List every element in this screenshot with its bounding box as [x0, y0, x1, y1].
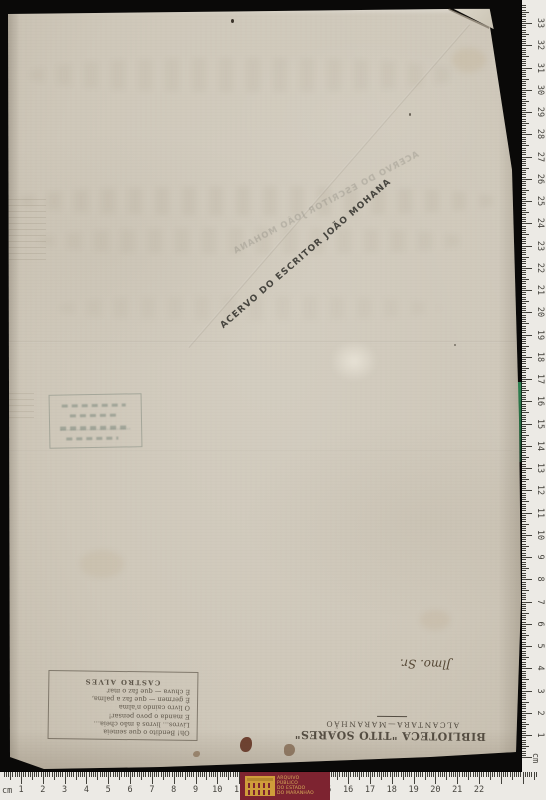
ruler-number: 8: [533, 571, 545, 587]
ruler-tick: [522, 94, 526, 95]
ruler-tick: [522, 163, 526, 164]
ruler-tick: [45, 772, 46, 777]
ruler-tick: [522, 444, 526, 445]
ruler-tick: [522, 241, 526, 242]
ruler-tick: [522, 626, 526, 627]
ruler-tick: [165, 772, 166, 777]
ruler-tick: [522, 179, 532, 180]
ruler-tick: [522, 41, 526, 42]
ruler-tick: [477, 772, 478, 777]
ruler-tick: [522, 43, 526, 44]
ruler-tick: [522, 590, 529, 591]
ruler-tick: [522, 194, 526, 195]
ruler-tick: [522, 257, 529, 258]
ruler-tick: [522, 566, 526, 567]
ruler-tick: [520, 772, 521, 777]
ruler-tick: [392, 772, 393, 784]
ruler-tick: [522, 731, 526, 732]
ruler-number: 18: [533, 349, 545, 365]
ruler-tick: [522, 319, 526, 320]
ruler-tick: [115, 772, 116, 777]
ruler-number: 4: [533, 660, 545, 676]
ruler-tick: [522, 228, 526, 229]
ruler-tick: [429, 772, 430, 777]
ruler-tick: [522, 139, 526, 140]
ruler-number: 13: [533, 460, 545, 476]
ruler-tick: [522, 671, 526, 672]
ruler-tick: [366, 772, 367, 777]
ruler-tick: [522, 637, 526, 638]
ruler-number: 21: [533, 282, 545, 298]
ruler-tick: [86, 772, 87, 784]
ruler-number: 10: [533, 527, 545, 543]
ruler-tick: [128, 772, 129, 777]
ruler-tick: [522, 372, 526, 373]
ruler-tick: [466, 772, 467, 777]
ruler-tick: [361, 772, 362, 777]
ruler-tick: [522, 562, 526, 563]
ruler-tick: [522, 297, 526, 298]
ruler-tick: [233, 772, 234, 777]
ruler-number: 18: [384, 785, 400, 795]
ruler-tick: [522, 506, 526, 507]
ruler-tick: [357, 772, 358, 777]
ruler-tick: [344, 772, 345, 777]
ruler-tick: [148, 772, 149, 777]
ruler-tick: [522, 557, 532, 558]
ruler-tick: [522, 751, 526, 752]
ruler-number: 30: [533, 82, 545, 98]
ruler-tick: [522, 728, 526, 729]
ruler-tick: [522, 737, 526, 738]
ruler-tick: [522, 279, 529, 280]
ruler-tick: [237, 772, 238, 777]
ruler-tick: [130, 772, 131, 784]
ruler-tick: [527, 772, 528, 777]
ruler-tick: [169, 772, 170, 777]
ruler-tick: [348, 772, 349, 784]
ruler-tick: [440, 772, 441, 777]
ruler-tick: [187, 772, 188, 777]
poem-attribution: CASTRO ALVES: [54, 676, 190, 687]
ruler-tick: [522, 642, 526, 643]
ruler-tick: [82, 772, 83, 777]
ruler-tick: [38, 772, 39, 777]
ruler-tick: [522, 555, 526, 556]
ruler-tick: [486, 772, 487, 777]
ruler-tick: [522, 19, 526, 20]
ruler-tick: [407, 772, 408, 777]
ruler-tick: [522, 461, 526, 462]
ruler-tick: [222, 772, 223, 777]
ruler-tick: [522, 455, 526, 456]
ruler-tick: [522, 359, 526, 360]
ruler-tick: [522, 568, 529, 569]
ruler-tick: [425, 772, 426, 780]
ruler-tick: [172, 772, 173, 777]
ruler-tick: [522, 439, 526, 440]
ruler-tick: [522, 383, 526, 384]
ruler-tick: [522, 292, 526, 293]
ruler-tick: [235, 772, 236, 777]
ruler-tick: [522, 254, 526, 255]
ruler-tick: [522, 27, 526, 28]
ruler-tick: [403, 772, 404, 780]
ruler-tick: [522, 341, 526, 342]
ruler-number: 19: [406, 785, 422, 795]
ruler-tick: [503, 772, 504, 777]
ruler-tick: [522, 399, 526, 400]
ruler-number: 17: [533, 371, 545, 387]
ruler-tick: [178, 772, 179, 777]
ruler-tick: [36, 772, 37, 777]
ruler-tick: [522, 74, 526, 75]
ruler-tick: [522, 573, 526, 574]
ruler-tick: [464, 772, 465, 777]
ruler-tick: [522, 221, 526, 222]
ruler-tick: [418, 772, 419, 777]
ruler-tick: [522, 36, 526, 37]
ruler-tick: [522, 112, 532, 113]
ruler-tick: [522, 143, 526, 144]
ruler-tick: [522, 501, 529, 502]
ruler-tick: [333, 772, 334, 777]
ruler-tick: [522, 123, 529, 124]
ruler-tick: [202, 772, 203, 777]
ruler-tick: [522, 79, 529, 80]
ruler-tick: [522, 588, 526, 589]
ruler-tick: [522, 252, 526, 253]
speck: [231, 19, 234, 23]
ruler-tick: [124, 772, 125, 777]
ruler-number: 17: [362, 785, 378, 795]
ruler-tick: [522, 613, 529, 614]
ruler-tick: [522, 553, 526, 554]
ruler-tick: [522, 715, 526, 716]
ruler-tick: [163, 772, 164, 780]
ruler-tick: [132, 772, 133, 777]
ruler-tick: [462, 772, 463, 777]
ruler-tick: [374, 772, 375, 777]
ruler-tick: [104, 772, 105, 777]
ruler-tick: [185, 772, 186, 780]
ruler-tick: [522, 303, 526, 304]
ruler-number: 11: [533, 505, 545, 521]
ruler-tick: [106, 772, 107, 777]
ruler-tick: [522, 497, 526, 498]
ruler-tick: [522, 388, 526, 389]
ruler-tick: [143, 772, 144, 777]
ruler-number: 23: [533, 238, 545, 254]
ruler-tick: [455, 772, 456, 777]
paper-edge-highlight: [8, 9, 490, 15]
ruler-tick: [522, 379, 532, 380]
ruler-tick: [196, 772, 197, 784]
ruler-tick: [522, 412, 529, 413]
ruler-tick: [522, 521, 526, 522]
ruler-tick: [522, 510, 526, 511]
ruler-tick: [522, 85, 526, 86]
ruler-number: 1: [13, 785, 29, 795]
ruler-tick: [522, 101, 529, 102]
ruler-tick: [459, 772, 460, 777]
ruler-tick: [522, 426, 526, 427]
ruler-tick: [67, 772, 68, 777]
ruler-tick: [198, 772, 199, 777]
ruler-tick: [522, 662, 526, 663]
ruler-tick: [522, 466, 526, 467]
ruler-tick: [119, 772, 120, 780]
ruler-tick: [522, 361, 526, 362]
ruler-tick: [522, 199, 526, 200]
ruler-tick: [522, 686, 526, 687]
ruler-tick: [522, 708, 526, 709]
ruler-tick: [522, 544, 526, 545]
ruler-tick: [522, 14, 526, 15]
ruler-tick: [522, 5, 526, 6]
ruler-tick: [405, 772, 406, 777]
ruler-tick: [522, 706, 526, 707]
ruler-tick: [522, 488, 526, 489]
ruler-tick: [433, 772, 434, 777]
ruler-tick: [522, 644, 526, 645]
ruler-tick: [522, 653, 526, 654]
ruler-tick: [512, 772, 513, 780]
ruler-tick: [522, 208, 526, 209]
ruler-tick: [522, 39, 526, 40]
ruler-tick: [522, 470, 526, 471]
ruler-tick: [522, 513, 532, 514]
ruler-tick: [522, 597, 526, 598]
ruler-tick: [522, 76, 526, 77]
ruler-tick: [522, 30, 526, 31]
ruler-tick: [522, 655, 526, 656]
ruler-tick: [522, 274, 526, 275]
ruler-tick: [522, 134, 532, 135]
ruler-number: 27: [533, 149, 545, 165]
ruler-tick: [510, 772, 511, 777]
badge-text: ARQUIVO PÚBLICO DO ESTADO DO MARANHÃO: [277, 776, 330, 796]
ruler-tick: [522, 430, 526, 431]
ruler-tick: [522, 266, 526, 267]
ruler-tick: [522, 748, 526, 749]
ruler-tick: [522, 593, 526, 594]
ruler-number: 25: [533, 193, 545, 209]
ruler-tick: [100, 772, 101, 777]
ruler-tick: [522, 504, 526, 505]
ruler-number: 28: [533, 126, 545, 142]
ruler-tick: [522, 132, 526, 133]
ruler-tick: [522, 659, 526, 660]
ruler-tick: [522, 586, 526, 587]
ruler-number: 21: [449, 785, 465, 795]
ruler-tick: [522, 755, 526, 756]
ruler-tick: [522, 61, 526, 62]
ruler-tick: [522, 677, 526, 678]
ruler-tick: [25, 772, 26, 777]
ruler-tick: [522, 577, 526, 578]
ruler-tick: [522, 54, 526, 55]
ruler-tick: [156, 772, 157, 777]
ruler-tick: [522, 679, 529, 680]
ruler-tick: [95, 772, 96, 777]
ruler-tick: [522, 81, 526, 82]
ruler-tick: [522, 424, 532, 425]
ruler-tick: [522, 321, 526, 322]
ruler-tick: [473, 772, 474, 777]
ruler-tick: [522, 602, 532, 603]
ruler-tick: [522, 608, 526, 609]
ruler-tick: [522, 582, 526, 583]
ruler-tick: [522, 283, 526, 284]
ruler-tick: [12, 772, 13, 777]
ruler-tick: [522, 397, 526, 398]
ruler-number: 3: [57, 785, 73, 795]
ruler-tick: [475, 772, 476, 777]
ruler-tick: [522, 96, 526, 97]
ruler-tick: [522, 246, 532, 247]
ruler-tick: [522, 212, 529, 213]
ruler-tick: [522, 564, 526, 565]
faint-stamp-line: [60, 425, 130, 430]
ruler-tick: [522, 617, 526, 618]
ruler-tick: [522, 742, 526, 743]
ruler-tick: [522, 524, 529, 525]
ruler-tick: [217, 772, 218, 784]
ruler-tick: [522, 377, 526, 378]
ruler-tick: [444, 772, 445, 777]
ruler-tick: [522, 65, 526, 66]
ruler-tick: [522, 272, 526, 273]
ruler-tick: [522, 406, 526, 407]
badge-building-icon: [245, 776, 275, 796]
ruler-tick: [522, 726, 526, 727]
biblioteca-stamp-location: ALCANTARA—MARANHÃO: [298, 718, 486, 730]
ruler-tick: [518, 772, 519, 777]
ruler-tick: [401, 772, 402, 777]
ruler-tick: [522, 428, 526, 429]
ruler-tick: [490, 772, 491, 780]
ruler-tick: [522, 437, 526, 438]
ruler-tick: [522, 704, 526, 705]
ruler-tick: [224, 772, 225, 777]
ruler-number: 7: [533, 594, 545, 610]
ruler-tick: [522, 48, 526, 49]
ruler-tick: [522, 733, 526, 734]
ruler-tick: [522, 517, 526, 518]
ruler-tick: [342, 772, 343, 777]
ruler-tick: [522, 116, 526, 117]
ruler-tick: [65, 772, 66, 784]
ruler-tick: [522, 375, 526, 376]
ruler-tick: [522, 108, 526, 109]
ruler-tick: [522, 548, 526, 549]
ruler-tick: [522, 699, 526, 700]
ruler-tick: [211, 772, 212, 777]
ruler-tick: [191, 772, 192, 777]
ruler-tick: [522, 446, 532, 447]
ruler-tick: [522, 392, 526, 393]
ruler-tick: [522, 308, 526, 309]
ruler-tick: [522, 83, 526, 84]
ruler-tick: [522, 12, 529, 13]
ruler-tick: [23, 772, 24, 777]
ruler-tick: [522, 472, 526, 473]
ruler-tick: [522, 464, 526, 465]
ruler-tick: [522, 326, 526, 327]
faint-stamp-line: [62, 403, 126, 407]
ruler-tick: [522, 181, 526, 182]
ruler-tick: [522, 103, 526, 104]
ruler-tick: [442, 772, 443, 777]
ruler-tick: [522, 268, 532, 269]
ruler-tick: [522, 490, 532, 491]
ruler-tick: [522, 248, 526, 249]
ruler-tick: [522, 188, 526, 189]
ruler-tick: [522, 205, 526, 206]
ruler-tick: [529, 772, 530, 777]
ruler-tick: [522, 401, 532, 402]
ruler-tick: [522, 337, 526, 338]
ruler-number: 22: [471, 785, 487, 795]
ruler-tick: [372, 772, 373, 777]
ruler-tick: [522, 294, 526, 295]
ruler-number: 22: [533, 260, 545, 276]
ruler-tick: [522, 165, 526, 166]
ruler-tick: [522, 533, 526, 534]
ruler-tick: [516, 772, 517, 777]
paper-edge-shadow: [8, 730, 520, 770]
vertical-ruler: cm 1234567891011121314151617181920212223…: [522, 0, 546, 772]
ruler-tick: [522, 484, 526, 485]
ruler-tick: [522, 281, 526, 282]
ruler-tick: [522, 691, 532, 692]
ruler-tick: [522, 154, 526, 155]
ruler-tick: [522, 210, 526, 211]
ruler-tick: [522, 673, 526, 674]
ruler-tick: [167, 772, 168, 777]
ruler-tick: [355, 772, 356, 777]
ruler-tick: [522, 575, 526, 576]
ruler-number: 5: [533, 638, 545, 654]
ruler-tick: [522, 137, 526, 138]
ruler-tick: [522, 114, 526, 115]
ruler-tick: [522, 50, 526, 51]
ruler-tick: [522, 23, 532, 24]
ruler-tick: [398, 772, 399, 777]
ruler-tick: [522, 343, 526, 344]
ruler-tick: [468, 772, 469, 780]
ruler-number: 32: [533, 37, 545, 53]
ruler-tick: [470, 772, 471, 777]
ruler-tick: [113, 772, 114, 777]
ruler-number: 2: [35, 785, 51, 795]
ruler-tick: [69, 772, 70, 777]
ruler-tick: [91, 772, 92, 777]
ruler-tick: [34, 772, 35, 777]
ruler-tick: [228, 772, 229, 780]
ruler-tick: [522, 290, 532, 291]
ruler-tick: [522, 559, 526, 560]
ruler-tick: [394, 772, 395, 777]
ruler-number: 20: [533, 304, 545, 320]
ruler-tick: [49, 772, 50, 777]
ruler-tick: [522, 230, 526, 231]
ruler-tick: [522, 410, 526, 411]
ruler-tick: [522, 579, 532, 580]
ruler-number: 16: [533, 393, 545, 409]
ruler-tick: [368, 772, 369, 777]
